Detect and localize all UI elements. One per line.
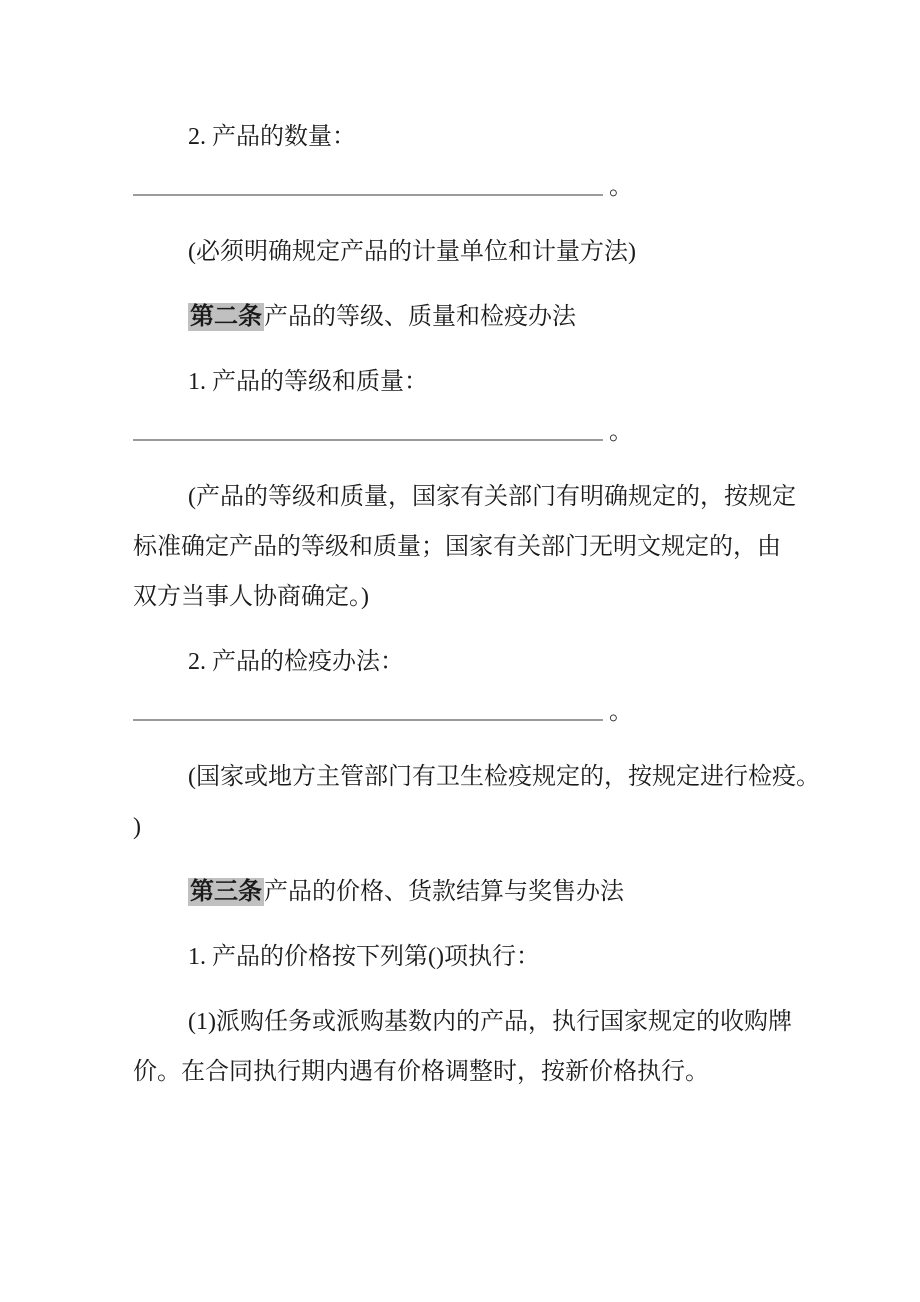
note-paragraph: (1)派购任务或派购基数内的产品，执行国家规定的收购牌价。在合同执行期内遇有价格… bbox=[133, 997, 800, 1097]
paragraph-line: (1)派购任务或派购基数内的产品，执行国家规定的收购牌 bbox=[133, 997, 800, 1047]
article-heading: 第三条产品的价格、货款结算与奖售办法 bbox=[133, 867, 800, 917]
article-title: 产品的价格、货款结算与奖售办法 bbox=[264, 879, 624, 905]
paragraph-line: (必须明确规定产品的计量单位和计量方法) bbox=[133, 227, 800, 277]
fill-in-blank: 。 bbox=[133, 687, 800, 737]
article-title: 产品的等级、质量和检疫办法 bbox=[264, 304, 576, 330]
paragraph-line: 双方当事人协商确定。) bbox=[133, 572, 800, 622]
blank-underline bbox=[133, 439, 603, 441]
note-paragraph: (必须明确规定产品的计量单位和计量方法) bbox=[133, 227, 800, 277]
note-paragraph: (产品的等级和质量，国家有关部门有明确规定的，按规定标准确定产品的等级和质量；国… bbox=[133, 472, 800, 622]
clause-line: 1. 产品的等级和质量： bbox=[133, 357, 800, 407]
article-number-highlight: 第三条 bbox=[188, 878, 264, 906]
clause-line: 2. 产品的数量： bbox=[133, 112, 800, 162]
article-heading: 第二条产品的等级、质量和检疫办法 bbox=[133, 292, 800, 342]
paragraph-line: 价。在合同执行期内遇有价格调整时，按新价格执行。 bbox=[133, 1047, 800, 1097]
paragraph-line: (产品的等级和质量，国家有关部门有明确规定的，按规定 bbox=[133, 472, 800, 522]
blank-underline bbox=[133, 719, 603, 721]
clause-line: 1. 产品的价格按下列第()项执行： bbox=[133, 932, 800, 982]
note-paragraph: (国家或地方主管部门有卫生检疫规定的，按规定进行检疫。) bbox=[133, 752, 800, 852]
blank-period: 。 bbox=[609, 407, 633, 457]
blank-period: 。 bbox=[609, 687, 633, 737]
blank-underline bbox=[133, 194, 603, 196]
paragraph-line: ) bbox=[133, 802, 800, 852]
document-page: 2. 产品的数量：。(必须明确规定产品的计量单位和计量方法)第二条产品的等级、质… bbox=[0, 0, 920, 1302]
article-number-highlight: 第二条 bbox=[188, 303, 264, 331]
clause-line: 2. 产品的检疫办法： bbox=[133, 637, 800, 687]
fill-in-blank: 。 bbox=[133, 162, 800, 212]
paragraph-line: 标准确定产品的等级和质量；国家有关部门无明文规定的，由 bbox=[133, 522, 800, 572]
fill-in-blank: 。 bbox=[133, 407, 800, 457]
blank-period: 。 bbox=[609, 162, 633, 212]
paragraph-line: (国家或地方主管部门有卫生检疫规定的，按规定进行检疫。 bbox=[133, 752, 800, 802]
